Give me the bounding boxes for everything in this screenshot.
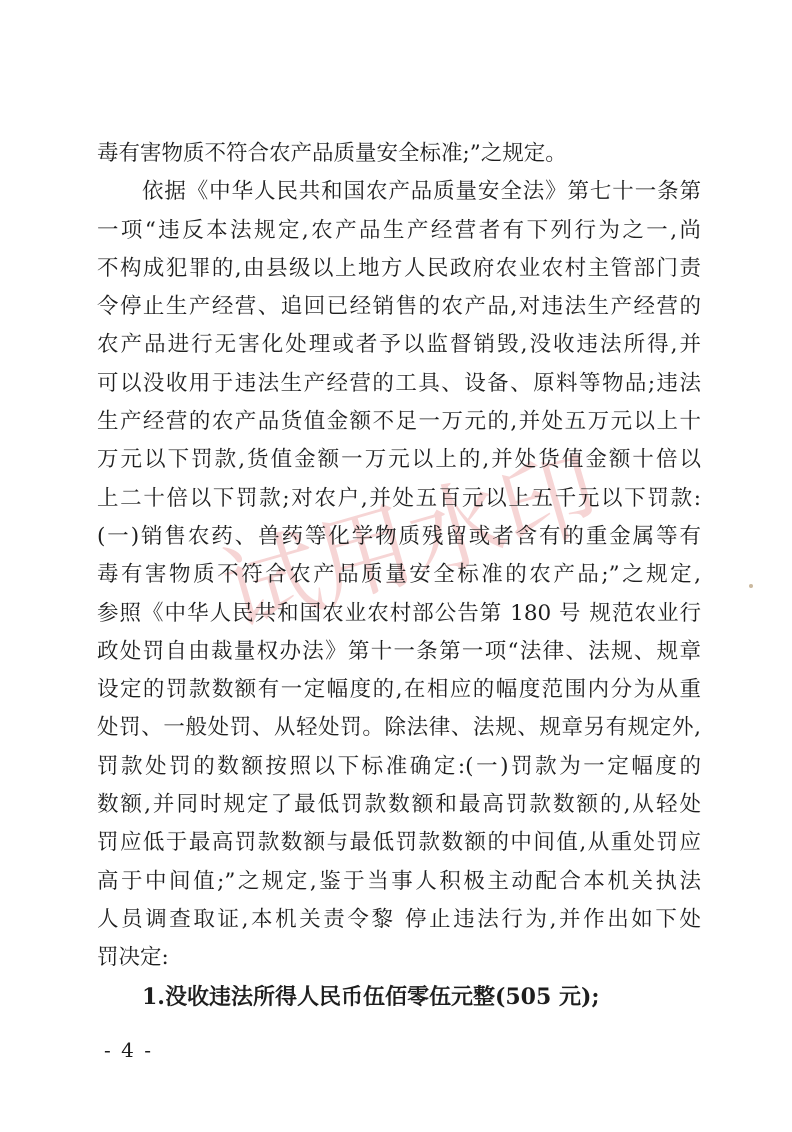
text-line: 设定的罚款数额有一定幅度的,在相应的幅度范围内分为从重 <box>97 671 701 709</box>
text-line: 数额,并同时规定了最低罚款数额和最高罚款数额的,从轻处 <box>97 786 701 824</box>
text-line: 依据《中华人民共和国农产品质量安全法》第七十一条第 <box>97 173 701 211</box>
text-line: 可以没收用于违法生产经营的工具、设备、原料等物品;违法 <box>97 365 701 403</box>
text-line: 参照《中华人民共和国农业农村部公告第 180 号 规范农业行 <box>97 595 701 633</box>
text-line: 处罚、一般处罚、从轻处罚。除法律、法规、规章另有规定外, <box>97 709 701 747</box>
text-line: 令停止生产经营、追回已经销售的农产品,对违法生产经营的 <box>97 288 701 326</box>
text-line: 万元以下罚款,货值金额一万元以上的,并处货值金额十倍以 <box>97 441 701 479</box>
document-page: 试用水印 毒有害物质不符合农产品质量安全标准;”之规定。依据《中华人民共和国农产… <box>0 0 792 1132</box>
text-line: 罚应低于最高罚款数额与最低罚款数额的中间值,从重处罚应 <box>97 824 701 862</box>
text-line: 罚决定: <box>97 939 701 977</box>
scan-speck <box>749 584 753 588</box>
text-line: 毒有害物质不符合农产品质量安全标准的农产品;”之规定, <box>97 556 701 594</box>
text-line: 生产经营的农产品货值金额不足一万元的,并处五万元以上十 <box>97 403 701 441</box>
text-line: (一)销售农药、兽药等化学物质残留或者含有的重金属等有 <box>97 518 701 556</box>
text-line: 1.没收违法所得人民币伍佰零伍元整(505 元); <box>97 978 701 1016</box>
text-line: 罚款处罚的数额按照以下标准确定:(一)罚款为一定幅度的 <box>97 748 701 786</box>
text-line: 政处罚自由裁量权办法》第十一条第一项“法律、法规、规章 <box>97 633 701 671</box>
page-number: - 4 - <box>104 1038 153 1062</box>
document-body: 毒有害物质不符合农产品质量安全标准;”之规定。依据《中华人民共和国农产品质量安全… <box>97 135 701 1016</box>
text-line: 一项“违反本法规定,农产品生产经营者有下列行为之一,尚 <box>97 212 701 250</box>
text-line: 上二十倍以下罚款;对农户,并处五百元以上五千元以下罚款: <box>97 480 701 518</box>
text-line: 农产品进行无害化处理或者予以监督销毁,没收违法所得,并 <box>97 326 701 364</box>
text-line: 高于中间值;”之规定,鉴于当事人积极主动配合本机关执法 <box>97 863 701 901</box>
text-line: 不构成犯罪的,由县级以上地方人民政府农业农村主管部门责 <box>97 250 701 288</box>
text-line: 毒有害物质不符合农产品质量安全标准;”之规定。 <box>97 135 701 173</box>
text-line: 人员调查取证,本机关责令黎 停止违法行为,并作出如下处 <box>97 901 701 939</box>
